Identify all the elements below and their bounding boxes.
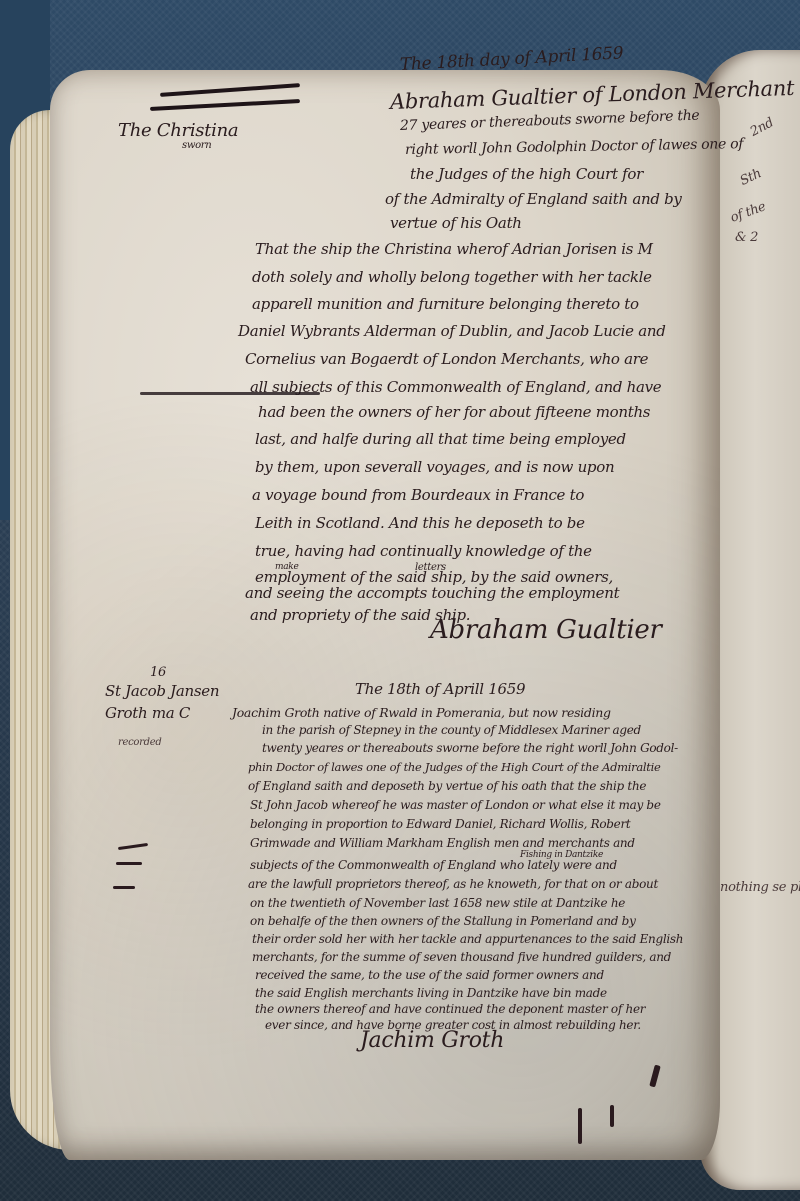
margin-mark: [116, 862, 142, 865]
deposition-line: Grimwade and William Markham English men…: [250, 836, 635, 850]
deposition-line: merchants, for the summe of seven thousa…: [252, 950, 671, 964]
signature: Jachim Groth: [360, 1028, 504, 1053]
deposition-line: on behalfe of the then owners of the Sta…: [250, 914, 636, 928]
strike-line: [140, 392, 320, 395]
margin-subtitle: sworn: [182, 140, 211, 151]
interlinear-note: letters: [415, 562, 446, 573]
body-line: had been the owners of her for about fif…: [258, 403, 650, 421]
margin-title: The Christina: [118, 120, 238, 141]
ink-mark: [610, 1105, 614, 1127]
body-line: doth solely and wholly belong together w…: [252, 268, 652, 286]
deposition-line: belonging in proportion to Edward Daniel…: [250, 817, 630, 831]
deposition-line: the Judges of the high Court for: [410, 165, 643, 183]
deposition-line: their order sold her with her tackle and…: [252, 932, 683, 946]
deposition-line: are the lawfull proprietors thereof, as …: [248, 877, 658, 891]
deposition-line: subjects of the Commonwealth of England …: [250, 858, 617, 872]
body-line: a voyage bound from Bourdeaux in France …: [252, 486, 584, 504]
interlinear-note: make: [275, 562, 298, 572]
body-line: apparell munition and furniture belongin…: [252, 295, 639, 313]
deposition-line: Joachim Groth native of Rwald in Pomeran…: [232, 705, 611, 720]
entry-number: 16: [150, 665, 166, 680]
ink-mark: [578, 1108, 582, 1144]
deposition-line: the owners thereof and have continued th…: [255, 1002, 645, 1016]
right-page-fragment: & 2: [735, 230, 758, 245]
body-line: That the ship the Christina wherof Adria…: [255, 240, 653, 258]
body-line: Cornelius van Bogaerdt of London Merchan…: [245, 350, 648, 368]
right-page-fragment: Sth: [738, 166, 764, 189]
deposition-line: on the twentieth of November last 1658 n…: [250, 896, 625, 910]
body-line: Leith in Scotland. And this he deposeth …: [255, 514, 585, 532]
body-line: by them, upon severall voyages, and is n…: [255, 458, 614, 476]
right-page-fragment: nothing se pla: [720, 880, 800, 895]
body-line: true, having had continually knowledge o…: [255, 542, 592, 560]
margin-mark: [113, 886, 135, 889]
body-line: and seeing the accompts touching the emp…: [245, 584, 619, 602]
margin-title: St Jacob Jansen: [105, 682, 219, 700]
right-page-fragment: of the: [729, 199, 768, 225]
margin-title: Groth ma C: [105, 704, 190, 722]
margin-note: recorded: [118, 737, 161, 748]
deposition-line: phin Doctor of lawes one of the Judges o…: [248, 760, 660, 774]
deposition-line: in the parish of Stepney in the county o…: [262, 723, 641, 737]
deposition-line: the said English merchants living in Dan…: [255, 986, 607, 1000]
deposition-line: St John Jacob whereof he was master of L…: [250, 798, 661, 812]
body-line: last, and halfe during all that time bei…: [255, 430, 626, 448]
deposition-line: received the same, to the use of the sai…: [255, 968, 604, 982]
signature: Abraham Gualtier: [430, 615, 662, 645]
deposition-line: of the Admiralty of England saith and by: [385, 190, 682, 208]
right-page-fragment: 2nd: [748, 115, 776, 140]
body-line: Daniel Wybrants Alderman of Dublin, and …: [238, 322, 666, 340]
deposition-line: twenty yeares or thereabouts sworne befo…: [262, 741, 678, 755]
deposition-line: vertue of his Oath: [390, 214, 522, 232]
deposition-line: of England saith and deposeth by vertue …: [248, 779, 646, 793]
deposition-date: The 18th of Aprill 1659: [355, 680, 525, 698]
